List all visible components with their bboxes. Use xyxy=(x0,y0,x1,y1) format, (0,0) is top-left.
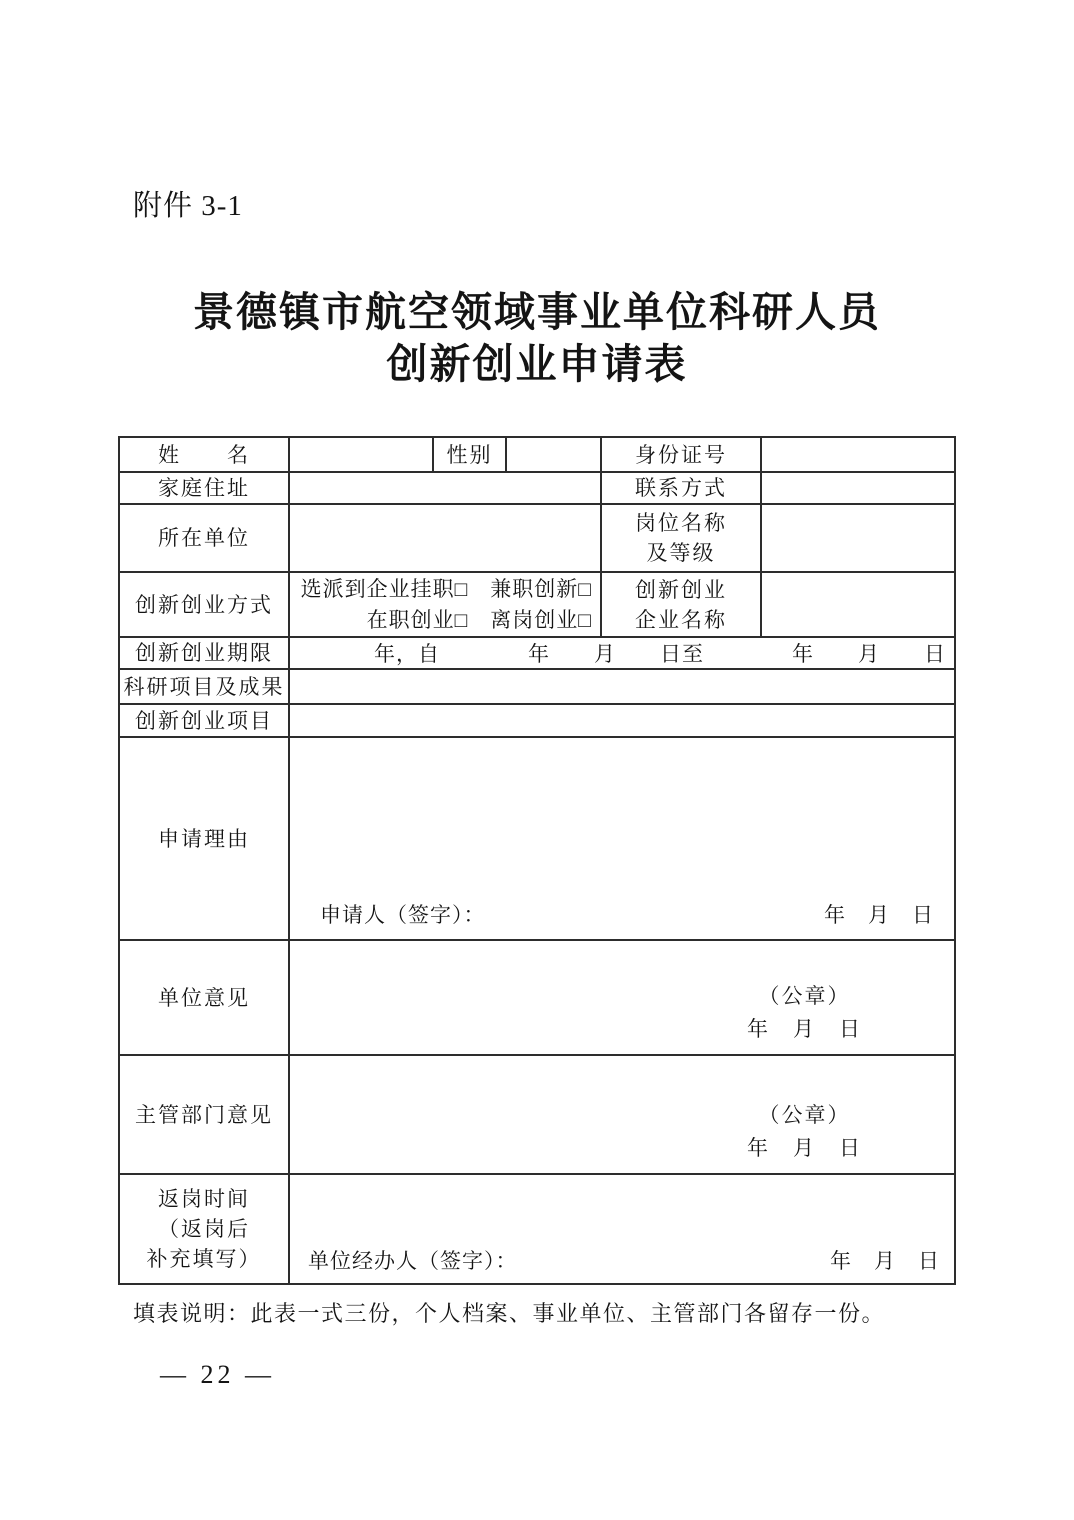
unit-date-placeholder: 年 月 日 xyxy=(747,1013,862,1046)
company-name-label-line1: 创新创业 xyxy=(602,575,760,605)
gender-input-cell xyxy=(506,437,601,472)
unit-opinion-cell: （公章） 年 月 日 xyxy=(289,940,955,1055)
fill-instructions: 填表说明：此表一式三份，个人档案、事业单位、主管部门各留存一份。 xyxy=(133,1297,885,1328)
row-unit-position: 所在单位 岗位名称 及等级 xyxy=(119,504,955,572)
row-period: 创新创业期限 年，自 年 月 日至 年 月 日 xyxy=(119,637,955,669)
name-input-cell xyxy=(289,437,433,472)
row-address-contact: 家庭住址 联系方式 xyxy=(119,472,955,504)
unit-opinion-label: 单位意见 xyxy=(119,940,289,1055)
work-unit-input-cell xyxy=(289,504,601,572)
id-number-input-cell xyxy=(761,437,955,472)
work-unit-label: 所在单位 xyxy=(119,504,289,572)
return-time-label-line1: 返岗时间 xyxy=(120,1184,288,1214)
document-title-line1: 景德镇市航空领域事业单位科研人员 xyxy=(0,286,1074,338)
document-title-line2: 创新创业申请表 xyxy=(0,338,1074,390)
position-label-line2: 及等级 xyxy=(602,538,760,568)
company-name-label-line2: 企业名称 xyxy=(602,605,760,635)
name-label: 姓 名 xyxy=(119,437,289,472)
unit-seal-label: （公章） xyxy=(747,980,862,1013)
document-title: 景德镇市航空领域事业单位科研人员 创新创业申请表 xyxy=(0,286,1074,390)
application-form-table: 姓 名 性别 身份证号 家庭住址 联系方式 所在单位 岗位名称 及等级 创新创业… xyxy=(118,436,956,1285)
position-label-line1: 岗位名称 xyxy=(602,508,760,538)
return-time-label-line3: 补充填写） xyxy=(120,1244,288,1274)
contact-input-cell xyxy=(761,472,955,504)
dept-seal-label: （公章） xyxy=(747,1099,862,1132)
attachment-label: 附件 3-1 xyxy=(133,183,243,224)
dept-opinion-cell: （公章） 年 月 日 xyxy=(289,1055,955,1174)
research-label: 科研项目及成果 xyxy=(119,669,289,704)
position-input-cell xyxy=(761,504,955,572)
gender-label: 性别 xyxy=(433,437,506,472)
page-number: — 22 — xyxy=(160,1360,275,1390)
project-label: 创新创业项目 xyxy=(119,704,289,737)
home-address-label: 家庭住址 xyxy=(119,472,289,504)
unit-seal-block: （公章） 年 月 日 xyxy=(747,980,862,1046)
row-unit-opinion: 单位意见 （公章） 年 月 日 xyxy=(119,940,955,1055)
reason-input-cell: 申请人（签字）： 年 月 日 xyxy=(289,737,955,940)
handler-date-placeholder: 年 月 日 xyxy=(830,1245,940,1275)
row-research: 科研项目及成果 xyxy=(119,669,955,704)
handler-sign-label: 单位经办人（签字）： xyxy=(308,1245,518,1275)
project-input-cell xyxy=(289,704,955,737)
return-time-cell: 单位经办人（签字）： 年 月 日 xyxy=(289,1174,955,1284)
applicant-date-placeholder: 年 月 日 xyxy=(824,899,934,929)
dept-seal-block: （公章） 年 月 日 xyxy=(747,1099,862,1165)
applicant-sign-row: 申请人（签字）： 年 月 日 xyxy=(290,899,954,939)
company-name-input-cell xyxy=(761,572,955,637)
handler-sign-row: 单位经办人（签字）： 年 月 日 xyxy=(290,1245,954,1283)
row-mode-company: 创新创业方式 选派到企业挂职□ 兼职创新□ 在职创业□ 离岗创业□ 创新创业 企… xyxy=(119,572,955,637)
row-return-time: 返岗时间 （返岗后 补充填写） 单位经办人（签字）： 年 月 日 xyxy=(119,1174,955,1284)
mode-options-cell: 选派到企业挂职□ 兼职创新□ 在职创业□ 离岗创业□ xyxy=(289,572,601,637)
row-project: 创新创业项目 xyxy=(119,704,955,737)
home-address-input-cell xyxy=(289,472,601,504)
row-reason: 申请理由 申请人（签字）： 年 月 日 xyxy=(119,737,955,940)
position-label: 岗位名称 及等级 xyxy=(601,504,761,572)
dept-date-placeholder: 年 月 日 xyxy=(747,1132,862,1165)
mode-label: 创新创业方式 xyxy=(119,572,289,637)
reason-label: 申请理由 xyxy=(119,737,289,940)
period-label: 创新创业期限 xyxy=(119,637,289,669)
applicant-sign-label: 申请人（签字）： xyxy=(320,899,486,929)
mode-option-line1: 选派到企业挂职□ 兼职创新□ xyxy=(290,574,592,605)
company-name-label: 创新创业 企业名称 xyxy=(601,572,761,637)
dept-opinion-label: 主管部门意见 xyxy=(119,1055,289,1174)
mode-option-line2: 在职创业□ 离岗创业□ xyxy=(290,605,592,636)
row-dept-opinion: 主管部门意见 （公章） 年 月 日 xyxy=(119,1055,955,1174)
document-page: 附件 3-1 景德镇市航空领域事业单位科研人员 创新创业申请表 姓 名 性别 身… xyxy=(0,0,1074,1520)
return-time-label-line2: （返岗后 xyxy=(120,1214,288,1244)
id-number-label: 身份证号 xyxy=(601,437,761,472)
research-input-cell xyxy=(289,669,955,704)
period-input-cell: 年，自 年 月 日至 年 月 日 xyxy=(289,637,955,669)
contact-label: 联系方式 xyxy=(601,472,761,504)
return-time-label: 返岗时间 （返岗后 补充填写） xyxy=(119,1174,289,1284)
row-name-gender-id: 姓 名 性别 身份证号 xyxy=(119,437,955,472)
